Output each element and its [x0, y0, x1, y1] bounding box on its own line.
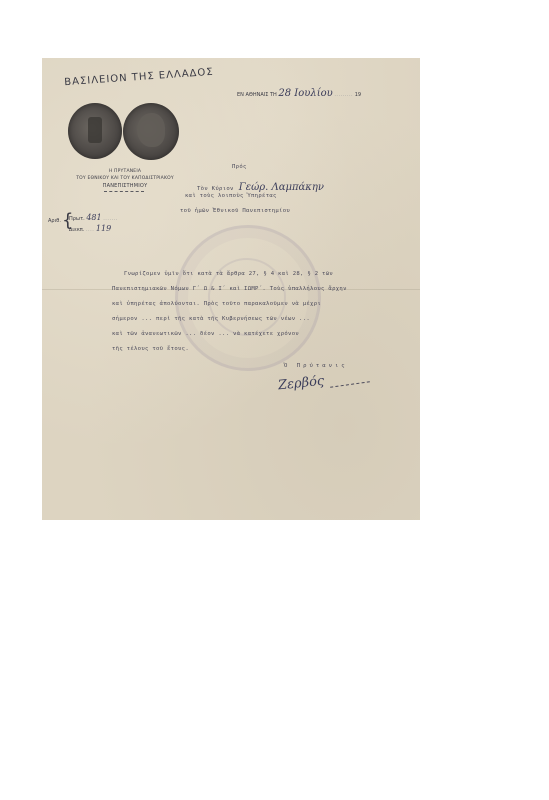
- date-prefix: ΕΝ ΑΘΗΝΑΙΣ ΤΗ: [237, 92, 277, 98]
- seal-inner-ring: [208, 258, 286, 336]
- protocol-number: 481: [86, 213, 101, 222]
- body-line-1: Γνωρίζομεν ὑμῖν ὅτι κατὰ τὰ ἄρθρα 27, § …: [124, 271, 333, 277]
- addressee-line-4: τοῦ ἡμῶν Ἐθνικοῦ Πανεπιστημίου: [180, 208, 290, 214]
- body-line-3: καὶ ὑπηρέτας ἀπολύονται. Πρὸς τοῦτο παρα…: [112, 301, 321, 307]
- athena-head-emblem: [137, 113, 165, 147]
- dotted-fill: ....: [86, 227, 94, 233]
- coin-owl-icon: [68, 103, 122, 159]
- dispatch-label: Διεκπ.: [69, 227, 84, 233]
- letterhead-office: Η ΠΡΥΤΑΝΕΙΑ: [55, 169, 195, 174]
- coin-athena-head-icon: [123, 103, 179, 160]
- body-line-5: καὶ τῶν ἀνανεωτικῶν ... δέον ... νὰ κατέ…: [112, 331, 299, 337]
- addressee-line-3: καὶ τοὺς λοιποὺς Ὑπηρέτας: [185, 193, 277, 199]
- reference-label: Αριθ.: [48, 218, 61, 224]
- protocol-number-row: Πρωτ. 481 .......: [69, 213, 118, 222]
- signature-flourish: [330, 381, 370, 388]
- addressee-to: Πρός: [232, 164, 247, 170]
- letterhead-title: ΒΑΣΙΛΕΙΟΝ ΤΗΣ ΕΛΛΑΔΟΣ: [64, 67, 214, 88]
- date-suffix: 19: [355, 92, 361, 98]
- letterhead-university: ΤΟΥ ΕΘΝΙΚΟΥ ΚΑΙ ΤΟΥ ΚΑΠΟΔΙΣΤΡΙΑΚΟΥ: [55, 176, 195, 181]
- rector-signature: Ζερβός: [277, 374, 325, 394]
- dispatch-number: 119: [96, 224, 111, 233]
- protocol-label: Πρωτ.: [69, 216, 85, 222]
- letterhead-rule: [104, 191, 144, 193]
- closing-title: Ὁ Πρύτανις: [284, 363, 348, 369]
- body-line-2: Πανεπιστημιακῶν Νόμων Γ΄ Ω & Ι΄ καὶ ΙΩΜΡ…: [112, 286, 347, 292]
- addressee-name-line: Τὸν Κύριον Γεώρ. Λαμπάκην: [197, 175, 324, 194]
- body-line-4: σήμερον ... περὶ τῆς κατὰ τῆς Κυβερνήσεω…: [112, 316, 310, 322]
- addressee-title: Τὸν Κύριον: [197, 186, 234, 192]
- date-handwritten: 28 Ιουλίου: [278, 88, 332, 99]
- letterhead-university-2: ΠΑΝΕΠΙΣΤΗΜΙΟΥ: [55, 183, 195, 189]
- dotted-fill: .......: [103, 216, 118, 222]
- university-seal-stamp: [175, 225, 321, 371]
- dotted-fill: .........: [334, 92, 353, 98]
- dispatch-number-row: Διεκπ. .... 119: [69, 224, 111, 233]
- body-line-6: τῆς τέλους τοῦ ἔτους.: [112, 346, 189, 352]
- owl-emblem: [88, 117, 102, 143]
- addressee-name-handwritten: Γεώρ. Λαμπάκην: [239, 182, 324, 193]
- date-line: ΕΝ ΑΘΗΝΑΙΣ ΤΗ 28 Ιουλίου ......... 19: [237, 88, 361, 99]
- document-page: ΒΑΣΙΛΕΙΟΝ ΤΗΣ ΕΛΛΑΔΟΣ Η ΠΡΥΤΑΝΕΙΑ ΤΟΥ ΕΘ…: [42, 58, 420, 520]
